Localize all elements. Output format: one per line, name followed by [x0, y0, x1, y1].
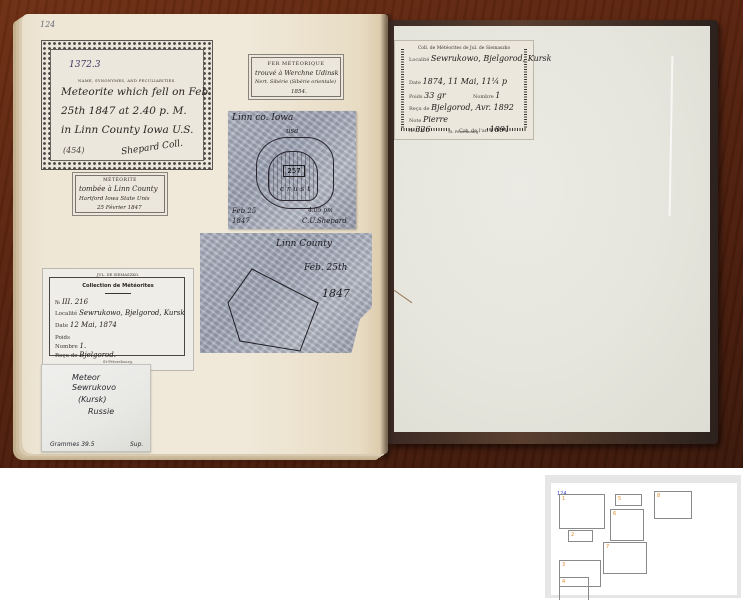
- foil-text: Feb 25: [232, 207, 256, 215]
- foil-text: crust: [280, 185, 313, 193]
- inset-region-box: 6: [610, 509, 644, 541]
- inset-region-number: 1: [562, 496, 565, 502]
- note-line: (Kursk): [78, 395, 106, 404]
- label-field: Reçu de Bjelgorod, Avr. 1892: [409, 103, 514, 112]
- note-line: Russie: [88, 407, 114, 416]
- boxed-number: 257: [283, 165, 305, 177]
- label-meteorite-linn-county: MÉTÉORITE tombée à Linn County Hartford …: [72, 172, 168, 216]
- label-reference: (454): [63, 146, 85, 155]
- label-line: 25th 1847 at 2.40 p. M.: [61, 105, 187, 117]
- foil-text: 1847: [322, 287, 350, 300]
- note-line: Meteor: [72, 373, 100, 382]
- label-line: trouvé à Werchne Udinsk: [255, 69, 339, 77]
- foil-text: C.U.Shepard: [302, 217, 347, 225]
- label-siemaszko-collection: Coll. de Météorites de Jul. de Siemaszko…: [394, 40, 534, 140]
- catalog-number: 1372.3: [69, 60, 101, 70]
- inset-region-box: 2: [568, 530, 593, 542]
- inset-region-box: 7: [603, 542, 647, 574]
- label-line: 1854.: [291, 89, 307, 95]
- label-field: Poids: [55, 333, 70, 341]
- label-line: Hartford Iowa State Unis: [79, 196, 150, 202]
- label-line: Nert. Sibérie (Sibérie orientale): [255, 79, 336, 85]
- foil-text: Linn co. Iowa: [232, 113, 293, 123]
- label-field: Localité Sewrukowo, Bjelgorod, Kursk: [409, 54, 552, 63]
- foil-text: Linn County: [276, 239, 332, 249]
- inset-region-box: 4: [559, 577, 589, 600]
- inset-region-number: 3: [562, 562, 565, 568]
- foil-wrapper-outline: Linn County Feb. 25th 1847: [200, 233, 372, 353]
- label-header: NAME, SYNONYMES, AND PECULIARITIES.: [51, 78, 203, 83]
- inset-region-number: 2: [571, 532, 574, 538]
- foil-text: 4.05 pm: [308, 207, 333, 214]
- inset-region-number: 5: [618, 496, 621, 502]
- label-field: Note Pierre: [409, 115, 448, 124]
- label-field: Nombre 1: [473, 91, 500, 100]
- label-field: Date 12 Mai, 1874: [55, 321, 117, 329]
- label-rule: [105, 293, 131, 294]
- label-bottom-text: St. Pétersbourg.: [395, 129, 533, 134]
- label-title: Collection de Météorites: [43, 283, 193, 289]
- label-field: Localité Sewrukowo, Bjelgorod, Kursk: [55, 309, 185, 317]
- label-field: Nombre 1.: [55, 342, 86, 350]
- label-field: Date 1874, 11 Mai, 11¼ p: [409, 77, 507, 86]
- label-field: № III. 216: [55, 298, 88, 306]
- inset-region-number: 7: [606, 544, 609, 550]
- label-border: [401, 49, 404, 129]
- label-field: Reçu de Bjelgorod.: [55, 351, 116, 359]
- note-line: Sewrukovo: [72, 383, 116, 392]
- catalog-label-shepard: 1372.3 NAME, SYNONYMES, AND PECULIARITIE…: [42, 41, 212, 169]
- label-inner-panel: 1372.3 NAME, SYNONYMES, AND PECULIARITIE…: [51, 50, 203, 160]
- handwritten-note-meteor: Meteor Sewrukovo (Kursk) Russie Grammes …: [41, 364, 151, 452]
- inset-region-number: 4: [562, 579, 565, 585]
- layout-inset-diagram: 124 12345678: [545, 475, 741, 598]
- inset-region-box: 1: [559, 494, 605, 529]
- note-suffix: Sup.: [130, 441, 143, 448]
- label-signature: Shepard Coll.: [121, 139, 184, 158]
- album-photo: 124 1372.3 NAME, SYNONYMES, AND PECULIAR…: [0, 0, 743, 468]
- label-fer-meteorique: FER MÉTÉORIQUE trouvé à Werchne Udinsk N…: [248, 54, 344, 100]
- label-top-text: Coll. de Météorites de Jul. de Siemaszko: [407, 46, 521, 51]
- book-spine: [380, 14, 394, 454]
- page-number: 124: [40, 20, 55, 29]
- inset-region-box: 5: [615, 494, 642, 506]
- paper-fold-line: [669, 56, 674, 216]
- label-title: FER MÉTÉORIQUE: [249, 61, 343, 67]
- label-top-text: JUL. DE SIEMASZKO.: [43, 272, 193, 277]
- inset-region-box: 8: [654, 491, 692, 519]
- inset-region-number: 8: [657, 493, 660, 499]
- label-line: 25 Février 1847: [97, 205, 142, 211]
- foil-wrapper-sketch: Linn co. Iowa usa 257 crust Feb 25 1847 …: [228, 111, 356, 229]
- label-title: MÉTÉORITE: [73, 178, 167, 183]
- label-line: Meteorite which fell on Feb.: [61, 86, 212, 98]
- inset-region-number: 6: [613, 511, 616, 517]
- note-weight: Grammes 39.5: [50, 441, 95, 448]
- inset-sheet: 124 12345678: [551, 483, 737, 595]
- label-line: in Linn County Iowa U.S.: [61, 124, 193, 136]
- label-field: Poids 33 gr: [409, 91, 446, 100]
- label-line: tombée à Linn County: [79, 185, 158, 193]
- label-collection-de-meteorites: JUL. DE SIEMASZKO. Collection de Météori…: [42, 268, 194, 371]
- foil-text: 1847: [232, 217, 250, 225]
- foil-text: usa: [286, 127, 298, 135]
- foil-text: Feb. 25th: [304, 263, 347, 273]
